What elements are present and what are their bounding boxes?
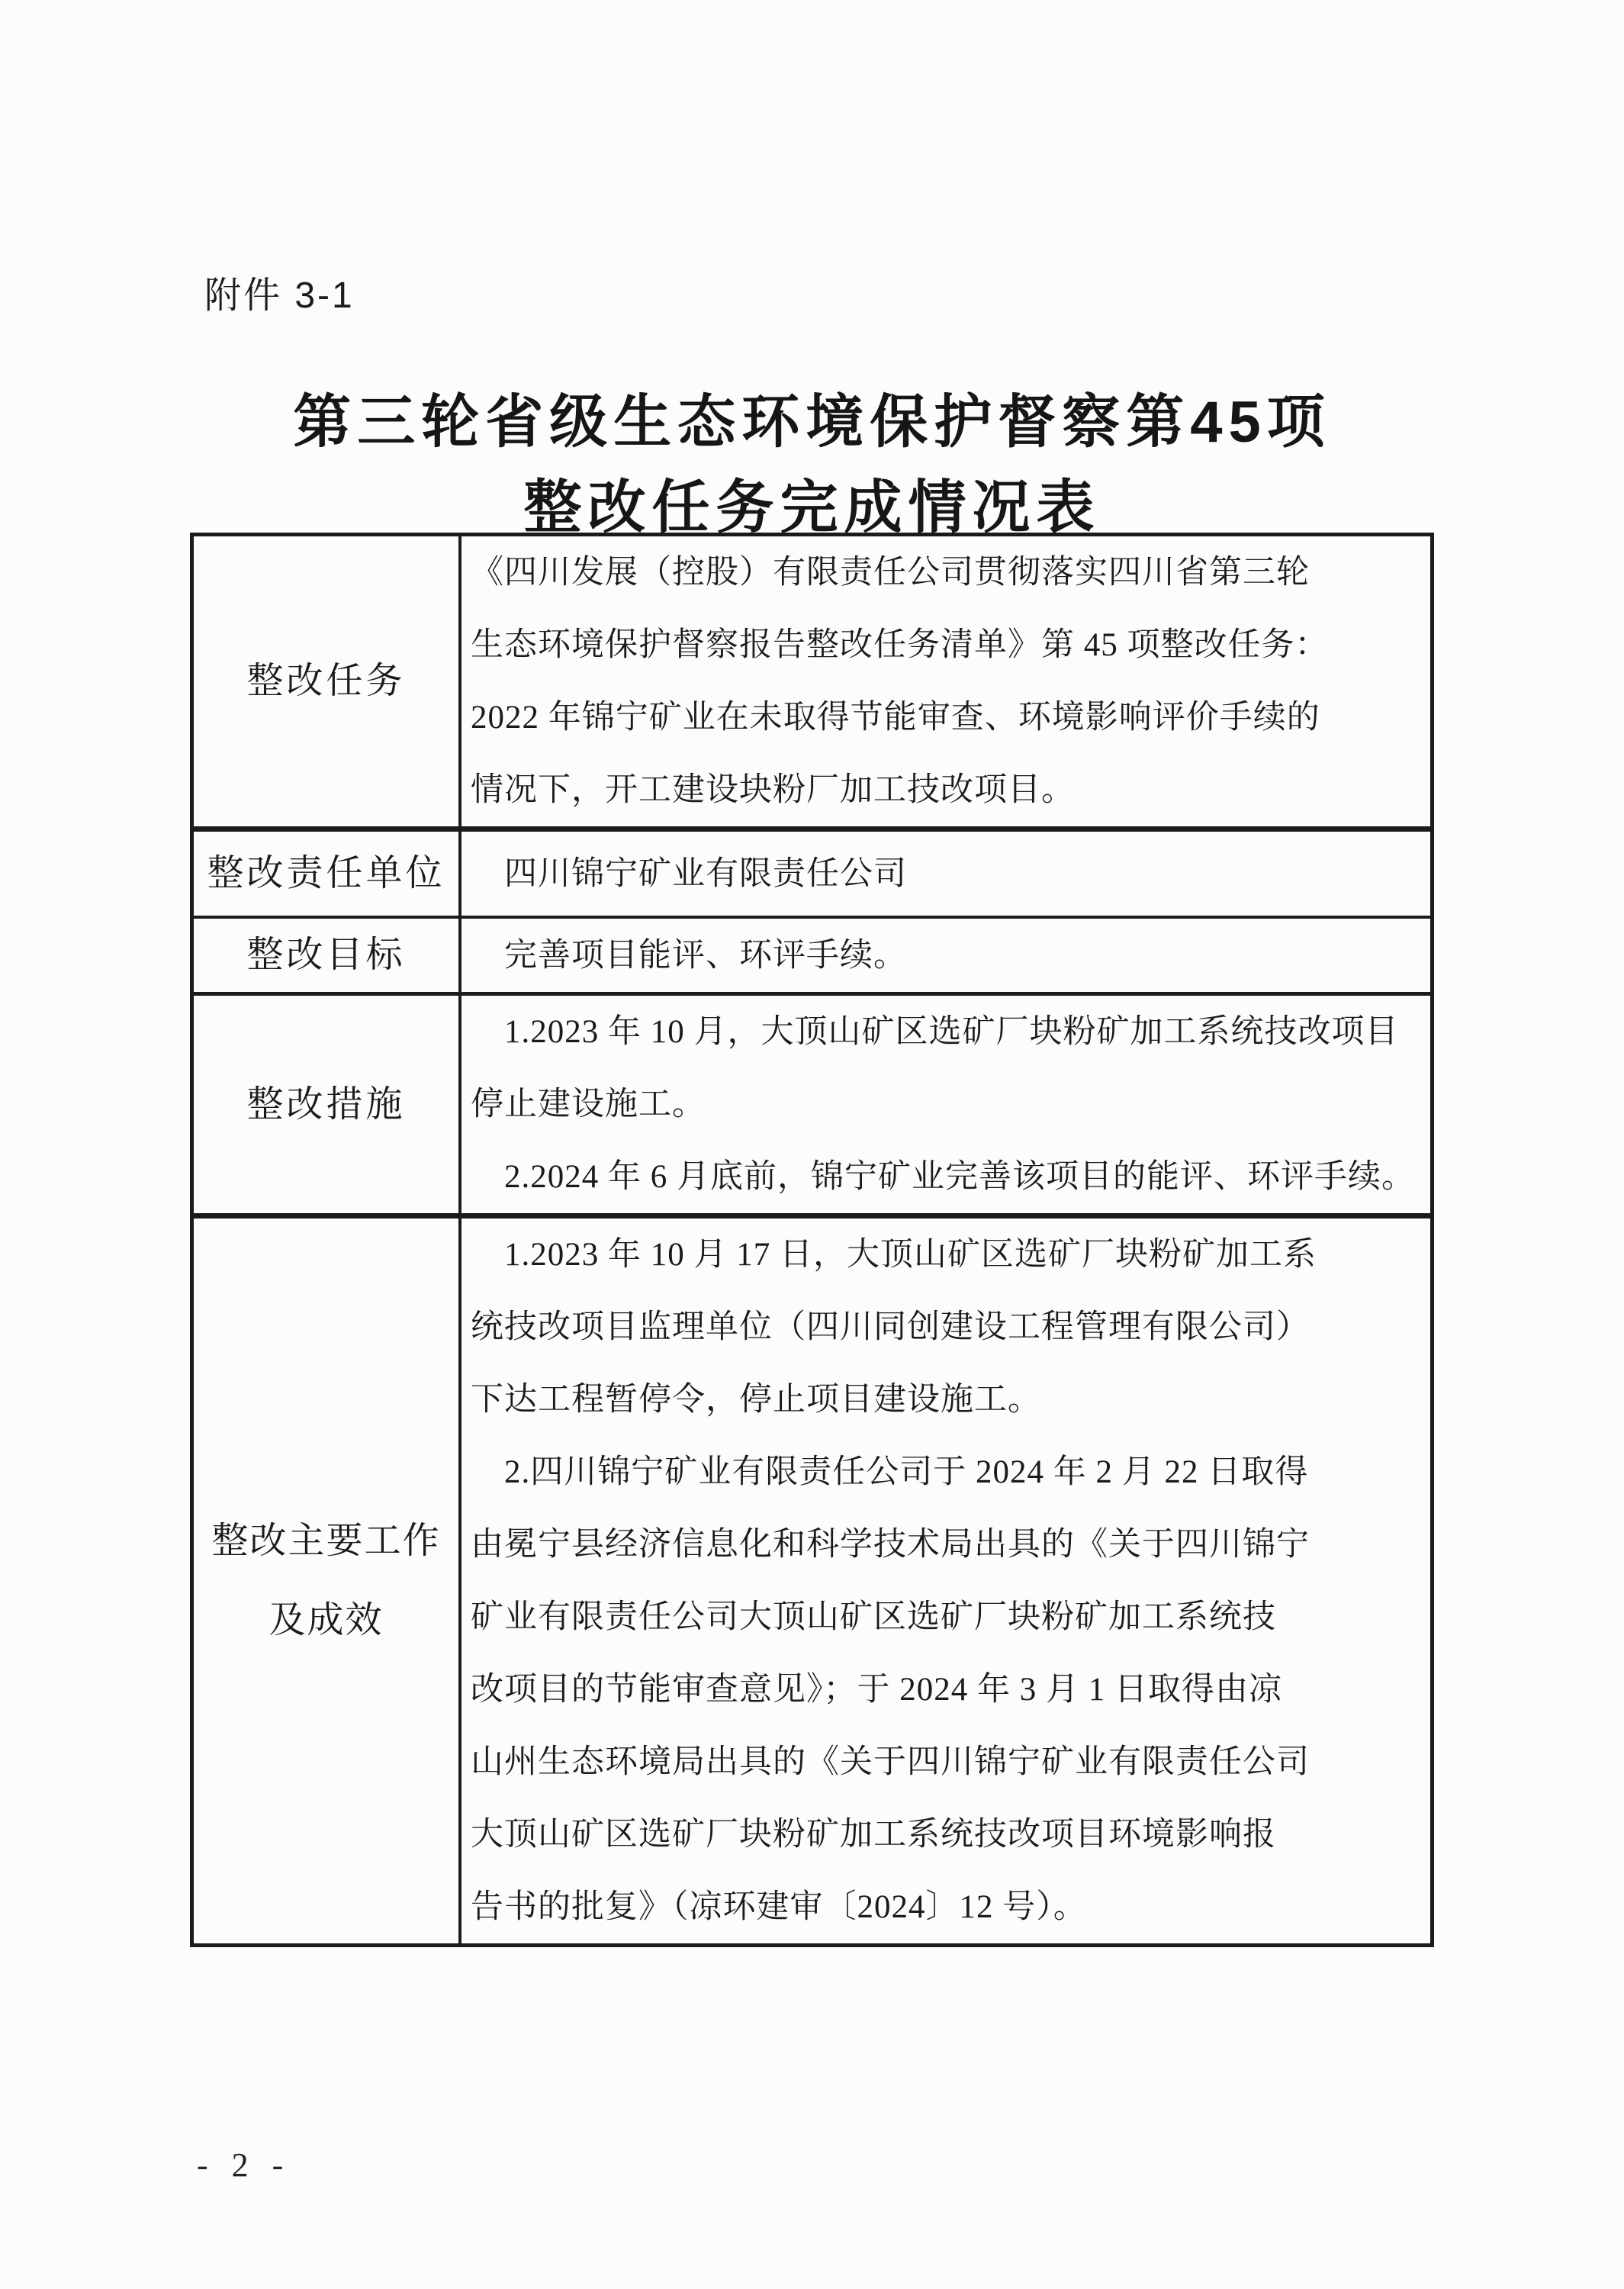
scanned-document-page: 附件 3-1 第三轮省级生态环境保护督察第45项 整改任务完成情况表 整改任务 … — [0, 0, 1624, 2289]
row-content-text: 四川锦宁矿业有限责任公司 — [471, 838, 1426, 910]
document-title: 第三轮省级生态环境保护督察第45项 整改任务完成情况表 — [0, 380, 1624, 551]
rectification-status-table: 整改任务 《四川发展（控股）有限责任公司贯彻落实四川省第三轮 生态环境保护督察报… — [190, 533, 1434, 1947]
attachment-label: 附件 3-1 — [204, 266, 355, 318]
row-content-rectification-goal: 完善项目能评、环评手续。 — [461, 919, 1430, 992]
row-content-text: 《四川发展（控股）有限责任公司贯彻落实四川省第三轮 生态环境保护督察报告整改任务… — [471, 536, 1426, 826]
row-content-responsible-unit: 四川锦宁矿业有限责任公司 — [461, 832, 1430, 916]
row-label-main-work-results: 整改主要工作 及成效 — [194, 1219, 461, 1943]
table-row-main-work-results: 整改主要工作 及成效 1.2023 年 10 月 17 日，大顶山矿区选矿厂块粉… — [194, 1213, 1430, 1943]
row-content-text: 1.2023 年 10 月 17 日，大顶山矿区选矿厂块粉矿加工系 统技改项目监… — [471, 1219, 1426, 1943]
row-content-text: 完善项目能评、环评手续。 — [471, 919, 1426, 992]
row-content-rectification-measures: 1.2023 年 10 月，大顶山矿区选矿厂块粉矿加工系统技改项目 停止建设施工… — [461, 996, 1430, 1213]
page-number: - 2 - — [197, 2146, 291, 2184]
row-label-rectification-measures: 整改措施 — [194, 996, 461, 1213]
row-content-rectification-task: 《四川发展（控股）有限责任公司贯彻落实四川省第三轮 生态环境保护督察报告整改任务… — [461, 536, 1430, 826]
table-row-rectification-task: 整改任务 《四川发展（控股）有限责任公司贯彻落实四川省第三轮 生态环境保护督察报… — [194, 536, 1430, 826]
row-label-rectification-task: 整改任务 — [194, 536, 461, 826]
row-label-rectification-goal: 整改目标 — [194, 919, 461, 992]
table-row-rectification-goal: 整改目标 完善项目能评、环评手续。 — [194, 916, 1430, 992]
table-row-responsible-unit: 整改责任单位 四川锦宁矿业有限责任公司 — [194, 826, 1430, 916]
row-content-main-work-results: 1.2023 年 10 月 17 日，大顶山矿区选矿厂块粉矿加工系 统技改项目监… — [461, 1219, 1430, 1943]
document-title-line1: 第三轮省级生态环境保护督察第45项 — [0, 380, 1624, 465]
table-row-rectification-measures: 整改措施 1.2023 年 10 月，大顶山矿区选矿厂块粉矿加工系统技改项目 停… — [194, 992, 1430, 1213]
row-content-text: 1.2023 年 10 月，大顶山矿区选矿厂块粉矿加工系统技改项目 停止建设施工… — [471, 996, 1426, 1213]
row-label-responsible-unit: 整改责任单位 — [194, 832, 461, 916]
